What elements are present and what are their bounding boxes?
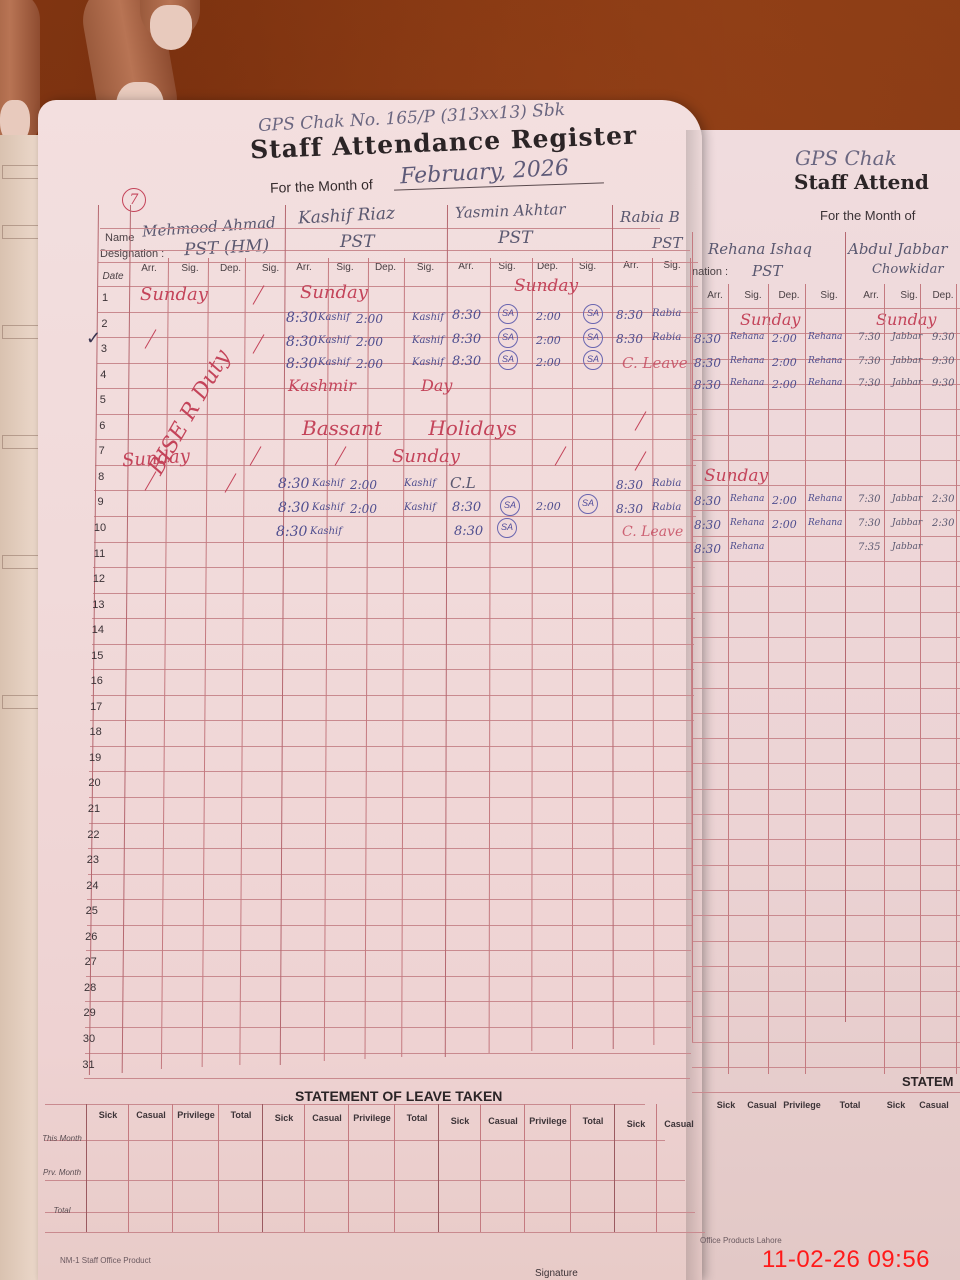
sig-staff3-day2: SA [498,304,518,324]
arr-staff2-day11: 8:30 [276,524,307,540]
row-line [86,976,691,977]
attendance-entry: Rehana [808,494,842,504]
leave-column-header: Sick [87,1110,129,1120]
date-cell: 26 [76,931,106,943]
row-line [85,1001,691,1002]
date-cell: 24 [77,880,107,892]
attendance-entry: 2:30 [932,494,954,505]
arr-staff4-day3: 8:30 [616,332,643,346]
leave-row-line [45,1232,705,1233]
column-line [768,284,769,1074]
attendance-entry: 8:30 [694,378,721,392]
dep-staff3-day3: 2:00 [536,334,561,347]
note-staff1-sunday: Sunday [140,284,208,305]
arr-staff2-day3: 8:30 [286,334,317,350]
leave-column-line [262,1104,263,1232]
date-cell: 21 [79,803,109,815]
row-line [92,644,695,645]
column-header: Sig. [894,290,924,301]
header-line [100,228,660,229]
attendance-entry: 2:00 [772,494,797,507]
date-cell: 17 [81,701,111,713]
sig-staff3-day10: SA [500,496,520,516]
right-note-staff1-day8: Sunday [704,466,768,486]
leave-row-label: Total [42,1206,82,1215]
column-header: Dep. [367,262,404,273]
dep-staff2-day9: 2:00 [350,478,377,492]
sig-staff2-day9: Kashif [312,478,344,489]
right-designation-label: nation : [692,266,728,278]
arr-staff2-day10: 8:30 [278,500,309,516]
column-line [845,232,846,1022]
date-cell: 18 [81,726,111,738]
date-cell: 31 [74,1059,104,1071]
sig2-staff2-day4: Kashif [412,357,444,368]
arr-staff2-day4: 8:30 [286,356,317,372]
leave-column-line [304,1104,305,1232]
check-mark-icon: ✓ [86,328,101,349]
date-cell: 16 [82,675,112,687]
row-line [89,771,693,772]
leave-column-header: Total [395,1113,439,1123]
leave-column-header: Casual [914,1100,954,1110]
leave-column-line [348,1104,349,1232]
attendance-entry: Rehana [730,332,764,342]
date-cell: 11 [85,548,115,560]
row-line [88,848,692,849]
attendance-entry: 8:30 [694,518,721,532]
attendance-entry: 9:30 [932,332,954,343]
attendance-entry: Jabbar [892,356,922,366]
row-line [87,925,692,926]
attendance-entry: Rehana [808,378,842,388]
column-header: Arr. [700,290,730,301]
date-cell: 15 [82,650,112,662]
attendance-entry: 9:30 [932,378,954,389]
column-header: Sig. [814,290,844,301]
leave-column-line [128,1104,129,1232]
page-number: 7 [122,188,146,212]
date-cell: 8 [86,471,116,483]
sig2-staff2-day3: Kashif [412,335,444,346]
arr-staff3-day2: 8:30 [452,308,481,323]
date-cell: 10 [85,522,115,534]
attendance-entry: 7:30 [858,518,880,529]
staff-name-4: Rabia B [620,208,680,226]
leave-row-line [45,1180,685,1181]
date-cell: 25 [77,905,107,917]
leave-column-header: Privilege [173,1110,219,1120]
date-cell: 14 [83,624,113,636]
book-gutter [686,130,706,1280]
arr-staff4-day10: 8:30 [616,502,643,516]
header-line [98,262,698,263]
attendance-entry: 9:30 [932,356,954,367]
arr-staff3-day10: 8:30 [452,500,481,515]
attendance-entry: Jabbar [892,378,922,388]
attendance-entry: 7:35 [858,542,880,553]
column-header: Dep. [928,290,958,301]
staff-name-3: Yasmin Akhtar [455,200,566,222]
leave-column-header: Casual [657,1119,701,1129]
row-line [87,899,692,900]
arr-staff4-day9: 8:30 [616,478,643,492]
leave-row-line [45,1212,695,1213]
sig-staff4-day2: Rabia [652,308,681,319]
note-staff2-day5: Kashmir Day [288,376,452,395]
column-header: Sig. [325,262,365,273]
column-header: Sig. [170,263,210,274]
column-line [884,284,885,1074]
column-line [728,284,729,1074]
dep-staff2-day2: 2:00 [356,312,383,326]
date-cell: 12 [84,573,114,585]
row-line [93,567,695,568]
sig2-staff2-day9: Kashif [404,478,436,489]
column-line [692,232,693,1022]
attendance-entry: 2:00 [772,518,797,531]
date-cell: 22 [78,829,108,841]
attendance-entry: Jabbar [892,494,922,504]
column-line [956,284,957,1074]
attendance-entry: 2:30 [932,518,954,529]
leave-statement-title: STATEMENT OF LEAVE TAKEN [295,1088,502,1104]
attendance-entry: 2:00 [772,378,797,391]
row-line [85,1053,691,1054]
row-line [88,874,693,875]
row-line [98,312,698,313]
sig-staff2-day11: Kashif [310,526,342,537]
date-cell: 5 [88,394,118,406]
sig-staff4-day10: Rabia [652,502,681,513]
header-line [100,250,690,251]
attendance-entry: Rehana [730,542,764,552]
arr-staff3-day4: 8:30 [452,354,481,369]
attendance-entry: Jabbar [892,542,922,552]
column-header: Dep. [774,290,804,301]
date-cell: 6 [87,420,117,432]
note-staff3-day9: C.L [450,474,476,492]
row-line [94,490,696,491]
sig2-staff3-day10: SA [578,494,598,514]
column-header: Sig. [406,262,445,273]
date-cell: 29 [75,1007,105,1019]
row-line [91,695,694,696]
leave-column-line [218,1104,219,1232]
leave-row-label: Prv. Month [42,1168,82,1177]
attendance-entry: Rehana [808,518,842,528]
note-staff2-day8: Sunday [392,446,460,467]
right-month-label: For the Month of [820,208,915,223]
sig-staff3-day4: SA [498,350,518,370]
date-cell: 13 [83,599,113,611]
right-staff-name-1: Rehana Ishaq [708,240,812,258]
date-cell: 23 [78,854,108,866]
sig2-staff3-day3: SA [583,328,603,348]
staff-designation-2: PST [340,232,374,252]
column-line [920,284,921,1074]
attendance-entry: 8:30 [694,542,721,556]
sig-staff2-day4: Kashif [318,357,350,368]
sig-staff2-day2: Kashif [318,312,350,323]
row-line [91,669,694,670]
right-note-staff1-day1: Sunday [740,310,800,329]
attendance-entry: Rehana [730,494,764,504]
note-staff2-day1: Sunday [300,282,368,303]
sig-staff3-day3: SA [498,328,518,348]
sig2-staff3-day4: SA [583,350,603,370]
dep-staff2-day3: 2:00 [356,335,383,349]
note-staff4-day4: C. Leave [622,354,688,372]
leave-column-header: Total [571,1116,615,1126]
dep-staff2-day10: 2:00 [350,502,377,516]
column-header: Arr. [130,263,168,274]
leave-column-header: Casual [305,1113,349,1123]
date-header: Date [98,271,128,282]
column-line [572,258,573,1049]
column-header: Arr. [856,290,886,301]
dep-staff3-day10: 2:00 [536,500,561,513]
column-header: Sig. [738,290,768,301]
sig2-staff3-day2: SA [583,304,603,324]
attendance-entry: 8:30 [694,332,721,346]
date-cell: 19 [80,752,110,764]
row-line [692,1092,960,1093]
printer-credit-right: Office Products Lahore [700,1236,782,1245]
row-line [97,363,698,364]
leave-column-header: Privilege [782,1100,822,1110]
date-cell: 4 [88,369,118,381]
dep-staff3-day4: 2:00 [536,356,561,369]
leave-column-header: Casual [742,1100,782,1110]
row-line [90,720,693,721]
leave-column-header: Total [219,1110,263,1120]
sig-staff2-day3: Kashif [318,335,350,346]
attendance-entry: Rehana [808,356,842,366]
date-cell: 27 [76,956,106,968]
row-line [89,797,693,798]
row-line [84,1078,690,1079]
leave-column-header: Privilege [349,1113,395,1123]
leave-column-header: Privilege [525,1116,571,1126]
attendance-entry: 7:30 [858,356,880,367]
date-cell: 1 [90,292,120,304]
column-line [805,284,806,1074]
row-line [86,950,691,951]
row-line [92,618,695,619]
printer-credit-left: NM-1 Staff Office Product [60,1256,151,1265]
row-line [89,823,693,824]
arr-staff4-day2: 8:30 [616,308,643,322]
row-line [85,1027,691,1028]
attendance-entry: 2:00 [772,356,797,369]
column-header: Arr. [285,262,323,273]
attendance-entry: 2:00 [772,332,797,345]
row-line [97,337,697,338]
sig2-staff2-day2: Kashif [412,312,444,323]
date-cell: 28 [75,982,105,994]
attendance-entry: Rehana [730,356,764,366]
note-staff2-day7: Bassant Holidays [302,416,517,440]
note-staff3-day1: Sunday [514,276,578,296]
sig-staff3-day11: SA [497,518,517,538]
note-staff4-day11: C. Leave [622,524,683,540]
sig-staff4-day9: Rabia [652,478,681,489]
right-school-heading: GPS Chak [795,146,897,170]
leave-row-label: This Month [42,1134,82,1143]
row-line [93,593,695,594]
right-staff-designation-1: PST [752,262,782,280]
leave-column-header: Casual [129,1110,173,1120]
row-line [94,516,696,517]
date-cell: 20 [80,777,110,789]
attendance-entry: Jabbar [892,332,922,342]
right-staff-designation-2: Chowkidar [872,262,944,277]
leave-column-line [172,1104,173,1232]
attendance-entry: 7:30 [858,494,880,505]
leave-column-header: Casual [481,1116,525,1126]
sig-staff4-day3: Rabia [652,332,681,343]
arr-staff3-day3: 8:30 [452,332,481,347]
leave-column-header: Sick [615,1119,657,1129]
leave-column-header: Sick [706,1100,746,1110]
row-line [94,542,696,543]
attendance-entry: Jabbar [892,518,922,528]
attendance-entry: 7:30 [858,332,880,343]
signature-label: Signature [535,1268,578,1279]
camera-timestamp: 11-02-26 09:56 [762,1246,930,1274]
attendance-entry: Rehana [808,332,842,342]
right-page-title: Staff Attend [794,170,929,194]
leave-column-header: Sick [876,1100,916,1110]
staff-designation-3: PST [498,228,532,248]
attendance-entry: 8:30 [694,494,721,508]
attendance-entry: 7:30 [858,378,880,389]
row-line [90,746,694,747]
date-cell: 7 [87,445,117,457]
dep-staff2-day4: 2:00 [356,357,383,371]
attendance-entry: Rehana [730,518,764,528]
dep-staff3-day2: 2:00 [536,310,561,323]
sig2-staff2-day10: Kashif [404,502,436,513]
leave-row-line [45,1104,645,1105]
right-note-staff2-day1: Sunday [876,310,936,329]
date-cell: 9 [86,496,116,508]
date-cell: 30 [74,1033,104,1045]
arr-staff2-day9: 8:30 [278,476,309,492]
column-header: Dep. [212,263,249,274]
leave-column-line [86,1104,87,1232]
leave-column-header: Sick [439,1116,481,1126]
sig-staff2-day10: Kashif [312,502,344,513]
right-staff-name-2: Abdul Jabbar [848,240,948,258]
leave-row-line [45,1140,665,1141]
leave-column-header: Total [830,1100,870,1110]
attendance-entry: 8:30 [694,356,721,370]
arr-staff2-day2: 8:30 [286,310,317,326]
right-leave-title: STATEM [902,1074,954,1089]
arr-staff3-day11: 8:30 [454,524,483,539]
fingernail [150,5,192,50]
attendance-entry: Rehana [730,378,764,388]
leave-column-line [394,1104,395,1232]
leave-column-header: Sick [263,1113,305,1123]
